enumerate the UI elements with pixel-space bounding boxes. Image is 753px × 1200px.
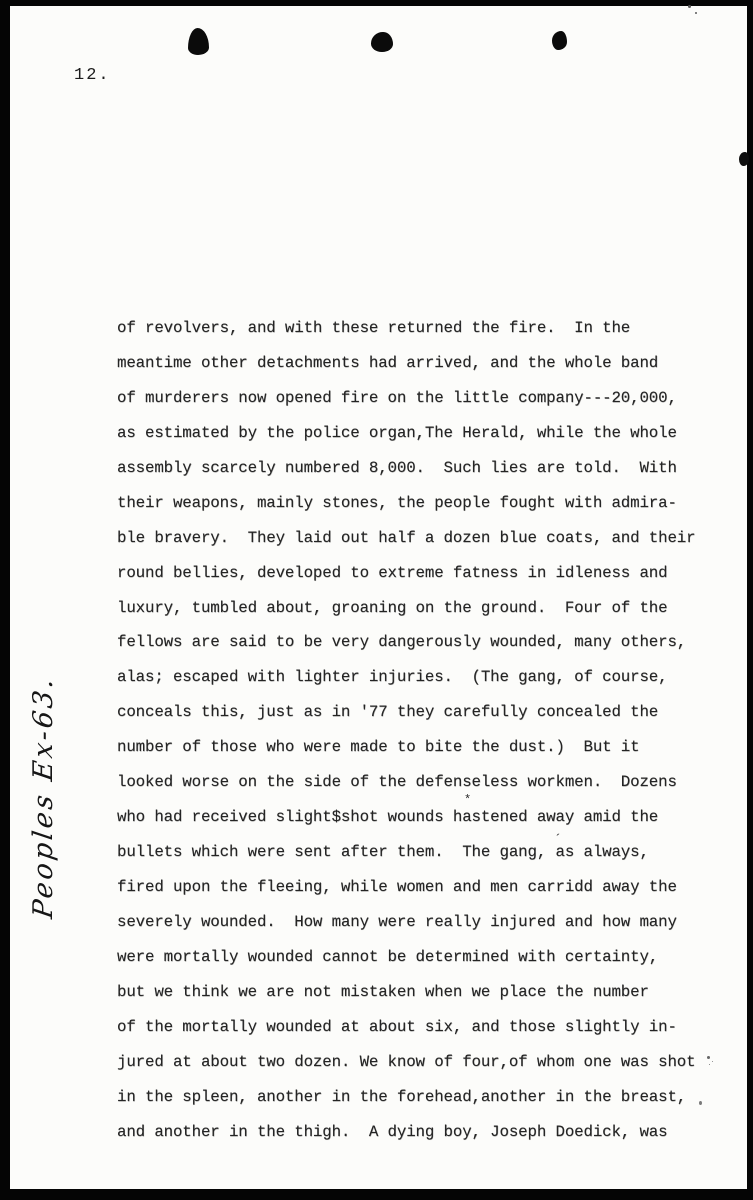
ink-blob-icon — [188, 28, 209, 55]
ink-speck-icon — [688, 5, 691, 8]
scan-border-left — [0, 0, 10, 1200]
typed-line: meantime other detachments had arrived, … — [117, 346, 722, 381]
typed-line: looked worse on the side of the defensel… — [117, 765, 722, 800]
typed-line: ble bravery. They laid out half a dozen … — [117, 521, 722, 556]
typed-line: in the spleen, another in the forehead,a… — [117, 1080, 722, 1115]
typed-line: were mortally wounded cannot be determin… — [117, 940, 722, 975]
exhibit-handwriting-label: Peoples Ex-63. — [28, 674, 59, 920]
typed-line: conceals this, just as in '77 they caref… — [117, 695, 722, 730]
ink-blob-icon — [371, 32, 393, 52]
scan-border-right — [747, 0, 753, 1200]
page-number: 12. — [74, 66, 111, 85]
typed-line: and another in the thigh. A dying boy, J… — [117, 1115, 722, 1150]
typed-line: assembly scarcely numbered 8,000. Such l… — [117, 451, 722, 486]
typed-line: of revolvers, and with these returned th… — [117, 311, 722, 346]
typed-line: severely wounded. How many were really i… — [117, 905, 722, 940]
scan-border-top — [0, 0, 753, 6]
typed-line: fellows are said to be very dangerously … — [117, 625, 722, 660]
typed-line: who had received slight$shot wounds hast… — [117, 800, 722, 835]
ink-speck-icon — [695, 12, 697, 14]
scan-border-bottom — [0, 1189, 753, 1200]
typed-line: bullets which were sent after them. The … — [117, 835, 722, 870]
ink-blob-icon — [552, 31, 567, 50]
typed-line: as estimated by the police organ,The Her… — [117, 416, 722, 451]
typed-line: but we think we are not mistaken when we… — [117, 975, 722, 1010]
typed-line: of the mortally wounded at about six, an… — [117, 1010, 722, 1045]
typed-line: their weapons, mainly stones, the people… — [117, 486, 722, 521]
typed-line: jured at about two dozen. We know of fou… — [117, 1045, 722, 1080]
typed-line: luxury, tumbled about, groaning on the g… — [117, 591, 722, 626]
typed-line: number of those who were made to bite th… — [117, 730, 722, 765]
typed-line: alas; escaped with lighter injuries. (Th… — [117, 660, 722, 695]
typed-line: fired upon the fleeing, while women and … — [117, 870, 722, 905]
typed-line: of murderers now opened fire on the litt… — [117, 381, 722, 416]
typed-paragraph: of revolvers, and with these returned th… — [117, 311, 722, 1150]
typed-line: round bellies, developed to extreme fatn… — [117, 556, 722, 591]
scanned-document-page: 12. Peoples Ex-63. * ´ of revolvers, and… — [0, 0, 753, 1200]
